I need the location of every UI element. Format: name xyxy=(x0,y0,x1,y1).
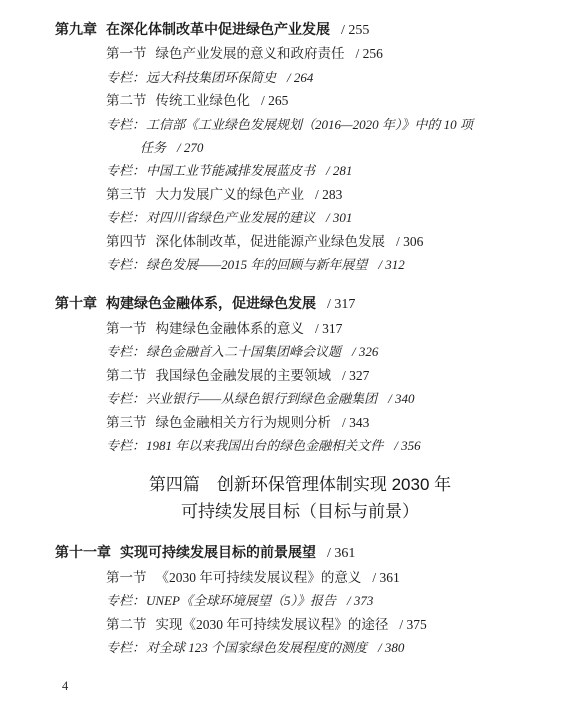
entry-page-number: / 255 xyxy=(341,23,369,38)
entry-label: 专栏： xyxy=(106,70,145,85)
toc-entry-column: 专栏：UNEP《全球环境展望（5）》报告/ 373 xyxy=(0,589,567,612)
entry-label: 专栏： xyxy=(106,163,145,178)
toc-entry-section: 第二节传统工业绿色化/ 265 xyxy=(0,89,567,112)
entry-title: 绿色发展——2015 年的回顾与新年展望 xyxy=(146,257,367,272)
toc-entry-column: 专栏：绿色金融首入二十国集团峰会议题/ 326 xyxy=(0,340,567,363)
entry-page-number: / 327 xyxy=(342,368,369,383)
entry-label: 第一节 xyxy=(106,570,147,585)
part-title-line-2: 可持续发展目标（目标与前景） xyxy=(57,498,543,525)
entry-title: 构建绿色金融体系，促进绿色发展 xyxy=(106,297,316,312)
entry-label: 第二节 xyxy=(106,617,147,632)
entry-label: 第四节 xyxy=(106,234,147,249)
toc-entry-column: 专栏：对全球 123 个国家绿色发展程度的测度/ 380 xyxy=(0,636,567,659)
toc-entry-section: 第二节实现《2030 年可持续发展议程》的途径/ 375 xyxy=(0,613,567,636)
toc-entry-section: 第一节绿色产业发展的意义和政府责任/ 256 xyxy=(0,42,567,65)
entry-page-number: / 317 xyxy=(315,321,342,336)
entry-title: 实现可持续发展目标的前景展望 xyxy=(120,546,316,561)
toc-entry-section: 第四节深化体制改革，促进能源产业绿色发展/ 306 xyxy=(0,230,567,253)
entry-page-number: / 373 xyxy=(347,593,373,608)
entry-page-number: / 265 xyxy=(261,93,288,108)
entry-label: 第十章 xyxy=(55,297,97,312)
entry-label: 专栏： xyxy=(106,438,145,453)
entry-label: 第一节 xyxy=(106,321,147,336)
toc-entry-chapter: 第十章构建绿色金融体系，促进绿色发展/ 317 xyxy=(0,293,567,316)
entry-page-number: / 264 xyxy=(287,70,313,85)
toc-entry-chapter: 第十一章实现可持续发展目标的前景展望/ 361 xyxy=(0,542,567,565)
toc-entry-column: 专栏：远大科技集团环保简史/ 264 xyxy=(0,66,567,89)
entry-title: 大力发展广义的绿色产业 xyxy=(156,187,305,202)
entry-title: 《2030 年可持续发展议程》的意义 xyxy=(156,570,362,585)
entry-label: 第三节 xyxy=(106,415,147,430)
toc-entry-section: 第一节《2030 年可持续发展议程》的意义/ 361 xyxy=(0,566,567,589)
entry-label: 专栏： xyxy=(106,344,145,359)
entry-label: 第一节 xyxy=(106,46,147,61)
entry-label: 专栏： xyxy=(106,640,145,655)
toc-entry-column: 专栏：绿色发展——2015 年的回顾与新年展望/ 312 xyxy=(0,253,567,276)
entry-title: 构建绿色金融体系的意义 xyxy=(156,321,305,336)
folio-page-number: 4 xyxy=(62,679,68,694)
entry-page-number: / 281 xyxy=(326,163,352,178)
entry-page-number: / 306 xyxy=(396,234,423,249)
toc-entry-cont: 任务/ 270 xyxy=(0,136,567,159)
entry-label: 专栏： xyxy=(106,257,145,272)
entry-page-number: / 317 xyxy=(327,297,355,312)
entry-label: 第二节 xyxy=(106,368,147,383)
toc-entry-section: 第三节绿色金融相关方行为规则分析/ 343 xyxy=(0,411,567,434)
entry-label: 专栏： xyxy=(106,117,145,132)
toc-entry-column: 专栏：1981 年以来我国出台的绿色金融相关文件/ 356 xyxy=(0,434,567,457)
entry-page-number: / 256 xyxy=(356,46,383,61)
entry-title: 对四川省绿色产业发展的建议 xyxy=(146,210,315,225)
entry-title: 兴业银行——从绿色银行到绿色金融集团 xyxy=(146,391,377,406)
entry-title: 实现《2030 年可持续发展议程》的途径 xyxy=(156,617,389,632)
entry-page-number: / 375 xyxy=(399,617,426,632)
entry-title: 深化体制改革，促进能源产业绿色发展 xyxy=(156,234,386,249)
toc-entry-section: 第二节我国绿色金融发展的主要领域/ 327 xyxy=(0,364,567,387)
entry-title: 绿色产业发展的意义和政府责任 xyxy=(156,46,345,61)
entry-label: 专栏： xyxy=(106,210,145,225)
entry-page-number: / 326 xyxy=(352,344,378,359)
toc-entry-section: 第一节构建绿色金融体系的意义/ 317 xyxy=(0,317,567,340)
entry-page-number: / 380 xyxy=(378,640,404,655)
entry-label: 第二节 xyxy=(106,93,147,108)
toc-entry-column: 专栏：兴业银行——从绿色银行到绿色金融集团/ 340 xyxy=(0,387,567,410)
entry-label: 第十一章 xyxy=(55,546,111,561)
entry-page-number: / 301 xyxy=(326,210,352,225)
entry-page-number: / 270 xyxy=(177,140,203,155)
entry-title: 中国工业节能减排发展蓝皮书 xyxy=(146,163,315,178)
entry-page-number: / 343 xyxy=(342,415,369,430)
toc-entry-column: 专栏：中国工业节能减排发展蓝皮书/ 281 xyxy=(0,159,567,182)
entry-title: UNEP《全球环境展望（5）》报告 xyxy=(146,593,336,608)
entry-title: 工信部《工业绿色发展规划（2016—2020 年）》中的 10 项 xyxy=(146,117,473,132)
toc-entry-chapter: 第九章在深化体制改革中促进绿色产业发展/ 255 xyxy=(0,19,567,42)
entry-page-number: / 312 xyxy=(378,257,404,272)
entry-title: 在深化体制改革中促进绿色产业发展 xyxy=(106,23,330,38)
entry-title: 绿色金融相关方行为规则分析 xyxy=(156,415,332,430)
toc-list: 第九章在深化体制改革中促进绿色产业发展/ 255 第一节绿色产业发展的意义和政府… xyxy=(0,19,567,659)
toc-entry-column: 专栏：工信部《工业绿色发展规划（2016—2020 年）》中的 10 项 xyxy=(0,113,567,136)
entry-label: 第三节 xyxy=(106,187,147,202)
entry-title: 我国绿色金融发展的主要领域 xyxy=(156,368,332,383)
entry-page-number: / 361 xyxy=(372,570,399,585)
entry-page-number: / 361 xyxy=(327,546,355,561)
book-toc-page: 第九章在深化体制改革中促进绿色产业发展/ 255 第一节绿色产业发展的意义和政府… xyxy=(0,0,567,719)
entry-page-number: / 356 xyxy=(394,438,420,453)
toc-entry-section: 第三节大力发展广义的绿色产业/ 283 xyxy=(0,183,567,206)
entry-label: 专栏： xyxy=(106,391,145,406)
entry-page-number: / 340 xyxy=(388,391,414,406)
entry-label: 专栏： xyxy=(106,593,145,608)
entry-page-number: / 283 xyxy=(315,187,342,202)
part-title-line-1: 第四篇 创新环保管理体制实现 2030 年 xyxy=(57,471,543,498)
entry-title: 任务 xyxy=(140,140,166,155)
entry-title: 远大科技集团环保简史 xyxy=(146,70,276,85)
entry-title: 对全球 123 个国家绿色发展程度的测度 xyxy=(146,640,367,655)
part-title: 第四篇 创新环保管理体制实现 2030 年 可持续发展目标（目标与前景） xyxy=(57,471,543,525)
entry-label: 第九章 xyxy=(55,23,97,38)
entry-title: 传统工业绿色化 xyxy=(156,93,251,108)
toc-entry-column: 专栏：对四川省绿色产业发展的建议/ 301 xyxy=(0,206,567,229)
entry-title: 绿色金融首入二十国集团峰会议题 xyxy=(146,344,341,359)
entry-title: 1981 年以来我国出台的绿色金融相关文件 xyxy=(146,438,383,453)
